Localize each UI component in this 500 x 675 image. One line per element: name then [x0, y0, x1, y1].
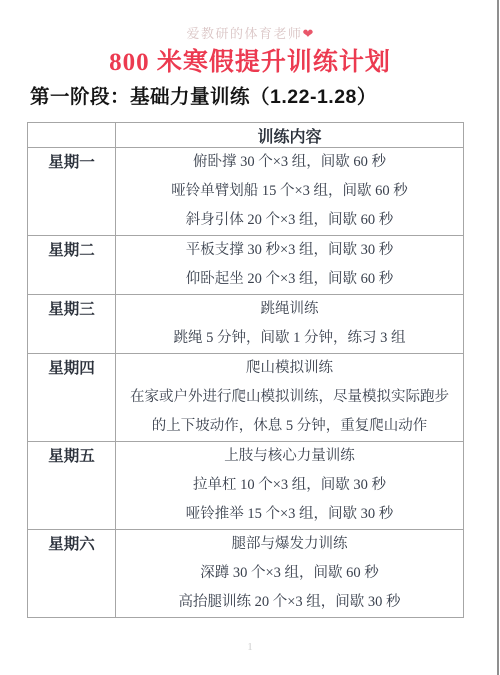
training-line: 跳绳 5 分钟，间歇 1 分钟，练习 3 组 — [116, 324, 463, 353]
day-label: 星期一 — [28, 148, 116, 236]
document-page: 爱教研的体育老师❤ 800 米寒假提升训练计划 第一阶段：基础力量训练（1.22… — [0, 0, 500, 675]
training-line: 哑铃单臂划船 15 个×3 组，间歇 60 秒 — [116, 177, 463, 206]
day-label: 星期三 — [28, 295, 116, 354]
page-title: 800 米寒假提升训练计划 — [0, 42, 500, 78]
table-row: 星期三跳绳训练跳绳 5 分钟，间歇 1 分钟，练习 3 组 — [28, 295, 464, 354]
content-header-cell: 训练内容 — [116, 123, 464, 148]
day-header-cell — [28, 123, 116, 148]
training-line: 拉单杠 10 个×3 组，间歇 30 秒 — [116, 471, 463, 500]
training-content-cell: 跳绳训练跳绳 5 分钟，间歇 1 分钟，练习 3 组 — [116, 295, 464, 354]
training-line: 跳绳训练 — [116, 295, 463, 324]
training-schedule-table: 训练内容 星期一俯卧撑 30 个×3 组，间歇 60 秒哑铃单臂划船 15 个×… — [27, 122, 464, 618]
watermark: 爱教研的体育老师❤ — [0, 23, 500, 42]
day-label: 星期六 — [28, 530, 116, 618]
watermark-text: 爱教研的体育老师 — [187, 26, 303, 41]
training-line: 仰卧起坐 20 个×3 组，间歇 60 秒 — [116, 265, 463, 294]
training-line: 俯卧撑 30 个×3 组，间歇 60 秒 — [116, 148, 463, 177]
training-line: 高抬腿训练 20 个×3 组，间歇 30 秒 — [116, 588, 463, 617]
table-row: 星期二平板支撑 30 秒×3 组，间歇 30 秒仰卧起坐 20 个×3 组，间歇… — [28, 236, 464, 295]
table-row: 星期五上肢与核心力量训练拉单杠 10 个×3 组，间歇 30 秒哑铃推举 15 … — [28, 442, 464, 530]
training-line: 在家或户外进行爬山模拟训练，尽量模拟实际跑步 — [116, 383, 463, 412]
day-label: 星期四 — [28, 354, 116, 442]
page-number: 1 — [0, 641, 500, 653]
training-content-cell: 腿部与爆发力训练深蹲 30 个×3 组，间歇 60 秒高抬腿训练 20 个×3 … — [116, 530, 464, 618]
training-line: 斜身引体 20 个×3 组，间歇 60 秒 — [116, 206, 463, 235]
training-line: 深蹲 30 个×3 组，间歇 60 秒 — [116, 559, 463, 588]
section-heading: 第一阶段：基础力量训练（1.22-1.28） — [30, 81, 377, 109]
table-row: 星期四爬山模拟训练在家或户外进行爬山模拟训练，尽量模拟实际跑步的上下坡动作，休息… — [28, 354, 464, 442]
training-content-cell: 俯卧撑 30 个×3 组，间歇 60 秒哑铃单臂划船 15 个×3 组，间歇 6… — [116, 148, 464, 236]
day-label: 星期五 — [28, 442, 116, 530]
day-label: 星期二 — [28, 236, 116, 295]
table-row: 星期一俯卧撑 30 个×3 组，间歇 60 秒哑铃单臂划船 15 个×3 组，间… — [28, 148, 464, 236]
training-content-cell: 上肢与核心力量训练拉单杠 10 个×3 组，间歇 30 秒哑铃推举 15 个×3… — [116, 442, 464, 530]
training-content-cell: 爬山模拟训练在家或户外进行爬山模拟训练，尽量模拟实际跑步的上下坡动作，休息 5 … — [116, 354, 464, 442]
heart-icon: ❤ — [303, 26, 314, 41]
training-line: 上肢与核心力量训练 — [116, 442, 463, 471]
training-line: 的上下坡动作，休息 5 分钟，重复爬山动作 — [116, 412, 463, 441]
training-line: 平板支撑 30 秒×3 组，间歇 30 秒 — [116, 236, 463, 265]
training-line: 爬山模拟训练 — [116, 354, 463, 383]
training-line: 哑铃推举 15 个×3 组，间歇 30 秒 — [116, 500, 463, 529]
training-line: 腿部与爆发力训练 — [116, 530, 463, 559]
table-row: 星期六腿部与爆发力训练深蹲 30 个×3 组，间歇 60 秒高抬腿训练 20 个… — [28, 530, 464, 618]
page-edge-line — [497, 0, 499, 675]
table-header-row: 训练内容 — [28, 123, 464, 148]
training-content-cell: 平板支撑 30 秒×3 组，间歇 30 秒仰卧起坐 20 个×3 组，间歇 60… — [116, 236, 464, 295]
